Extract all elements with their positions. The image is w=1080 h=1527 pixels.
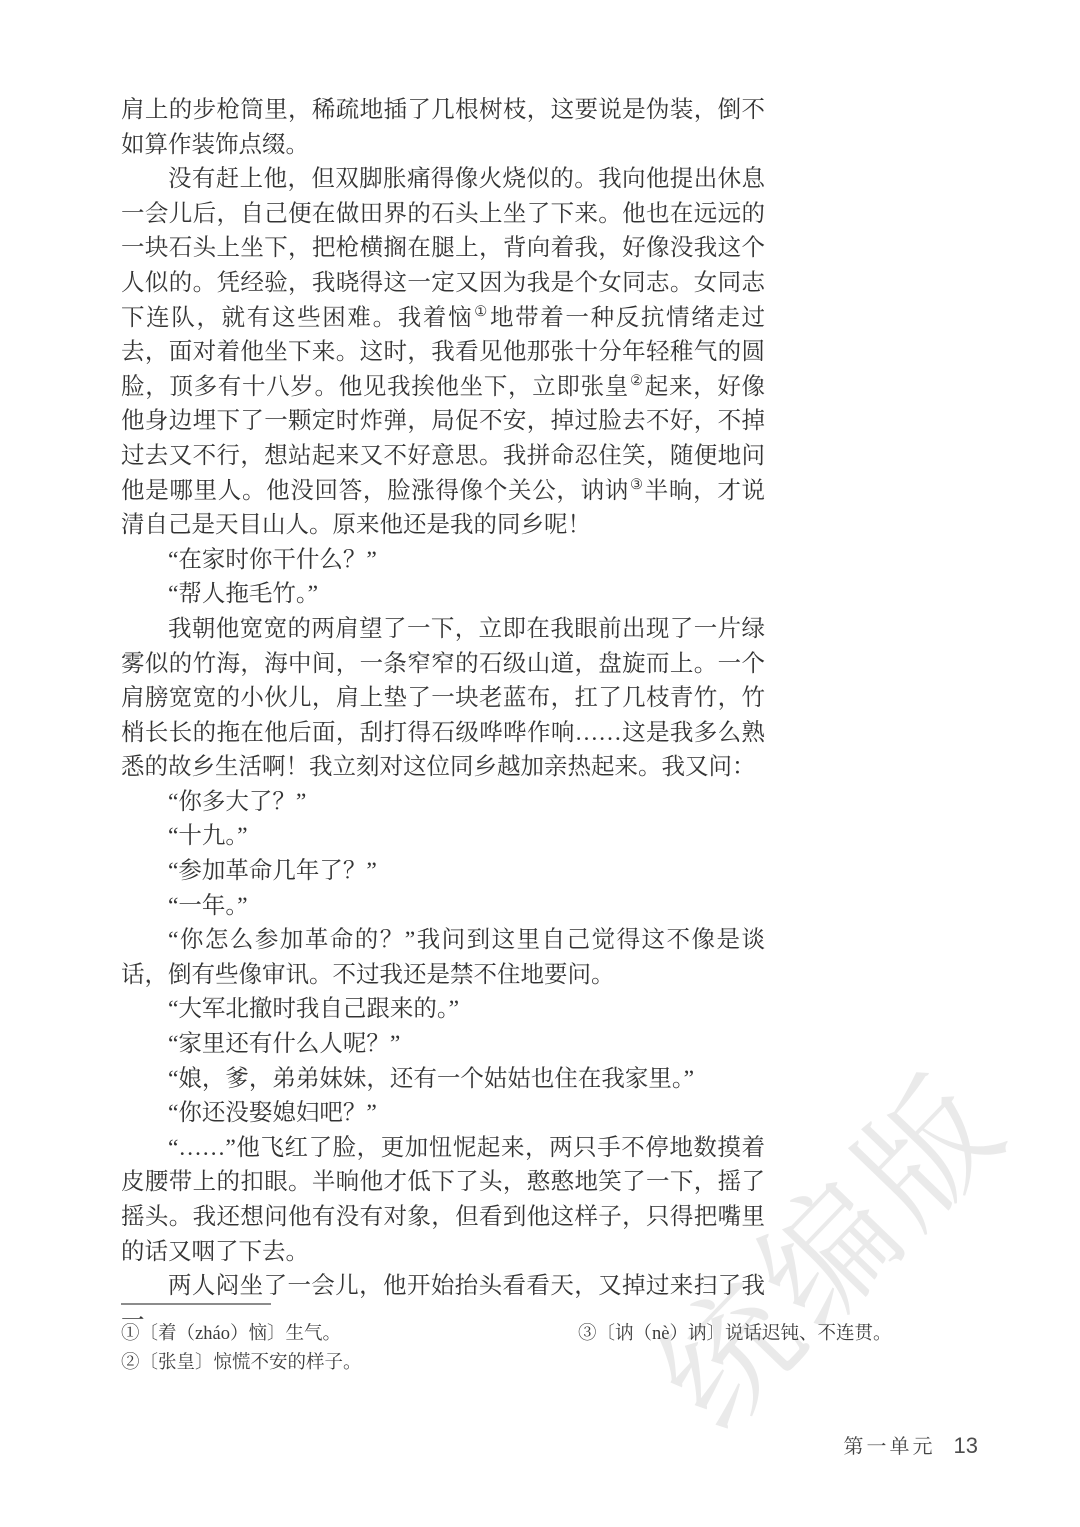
page-footer: 第一单元 13 [738,1430,978,1459]
footnote-marker: ③ [578,1324,597,1344]
footnote-marker: ② [121,1353,140,1373]
paragraph: “你怎么参加革命的？”我问到这里自己觉得这不像是谈话，倒有些像审讯。不过我还是禁… [121,923,765,992]
footnote-column-right: ③〔讷（nè）讷〕说话迟钝、不连贯。 [578,1320,898,1349]
footnote-item: ②〔张皇〕惊慌不安的样子。 [121,1349,451,1378]
paragraph: “家里还有什么人呢？” [121,1027,765,1062]
page-number: 13 [954,1433,978,1459]
footnote-ref: ③ [630,477,644,493]
footnote-divider [121,1303,271,1305]
footnote-text: 〔着（zháo）恼〕生气。 [140,1324,341,1344]
paragraph: 肩上的步枪筒里，稀疏地插了几根树枝，这要说是伪装，倒不如算作装饰点缀。 [121,93,765,162]
paragraph: “在家时你干什么？” [121,543,765,578]
footnote-column-left: ①〔着（zháo）恼〕生气。②〔张皇〕惊慌不安的样子。 [121,1320,451,1378]
paragraph: 我朝他宽宽的两肩望了一下，立即在我眼前出现了一片绿雾似的竹海，海中间，一条窄窄的… [121,612,765,785]
paragraph: “你还没娶媳妇吧？” [121,1096,765,1131]
paragraph: “一年。” [121,889,765,924]
paragraph: “参加革命几年了？” [121,854,765,889]
textbook-page: 统编版 肩上的步枪筒里，稀疏地插了几根树枝，这要说是伪装，倒不如算作装饰点缀。没… [0,0,1080,1527]
footnote-ref: ② [630,373,644,389]
footnote-item: ①〔着（zháo）恼〕生气。 [121,1320,451,1349]
paragraph: “十九。” [121,819,765,854]
footnote-marker: ① [121,1324,140,1344]
paragraph: “……”他飞红了脸，更加忸怩起来，两只手不停地数摸着皮腰带上的扣眼。半晌他才低下… [121,1131,765,1269]
footnotes-section: ①〔着（zháo）恼〕生气。②〔张皇〕惊慌不安的样子。 ③〔讷（nè）讷〕说话迟… [121,1303,901,1320]
unit-label: 第一单元 [844,1430,936,1459]
body-text: 肩上的步枪筒里，稀疏地插了几根树枝，这要说是伪装，倒不如算作装饰点缀。没有赶上他… [121,93,765,1338]
paragraph: 没有赶上他，但双脚胀痛得像火烧似的。我向他提出休息一会儿后，自己便在做田界的石头… [121,162,765,543]
paragraph: “帮人拖毛竹。” [121,577,765,612]
paragraph: “娘，爹，弟弟妹妹，还有一个姑姑也住在我家里。” [121,1062,765,1097]
footnote-text: 〔张皇〕惊慌不安的样子。 [140,1353,362,1373]
paragraph: “你多大了？” [121,785,765,820]
footnote-item: ③〔讷（nè）讷〕说话迟钝、不连贯。 [578,1320,898,1349]
footnote-ref: ① [474,304,489,320]
footnote-text: 〔讷（nè）讷〕说话迟钝、不连贯。 [597,1324,892,1344]
paragraph: “大军北撤时我自己跟来的。” [121,992,765,1027]
